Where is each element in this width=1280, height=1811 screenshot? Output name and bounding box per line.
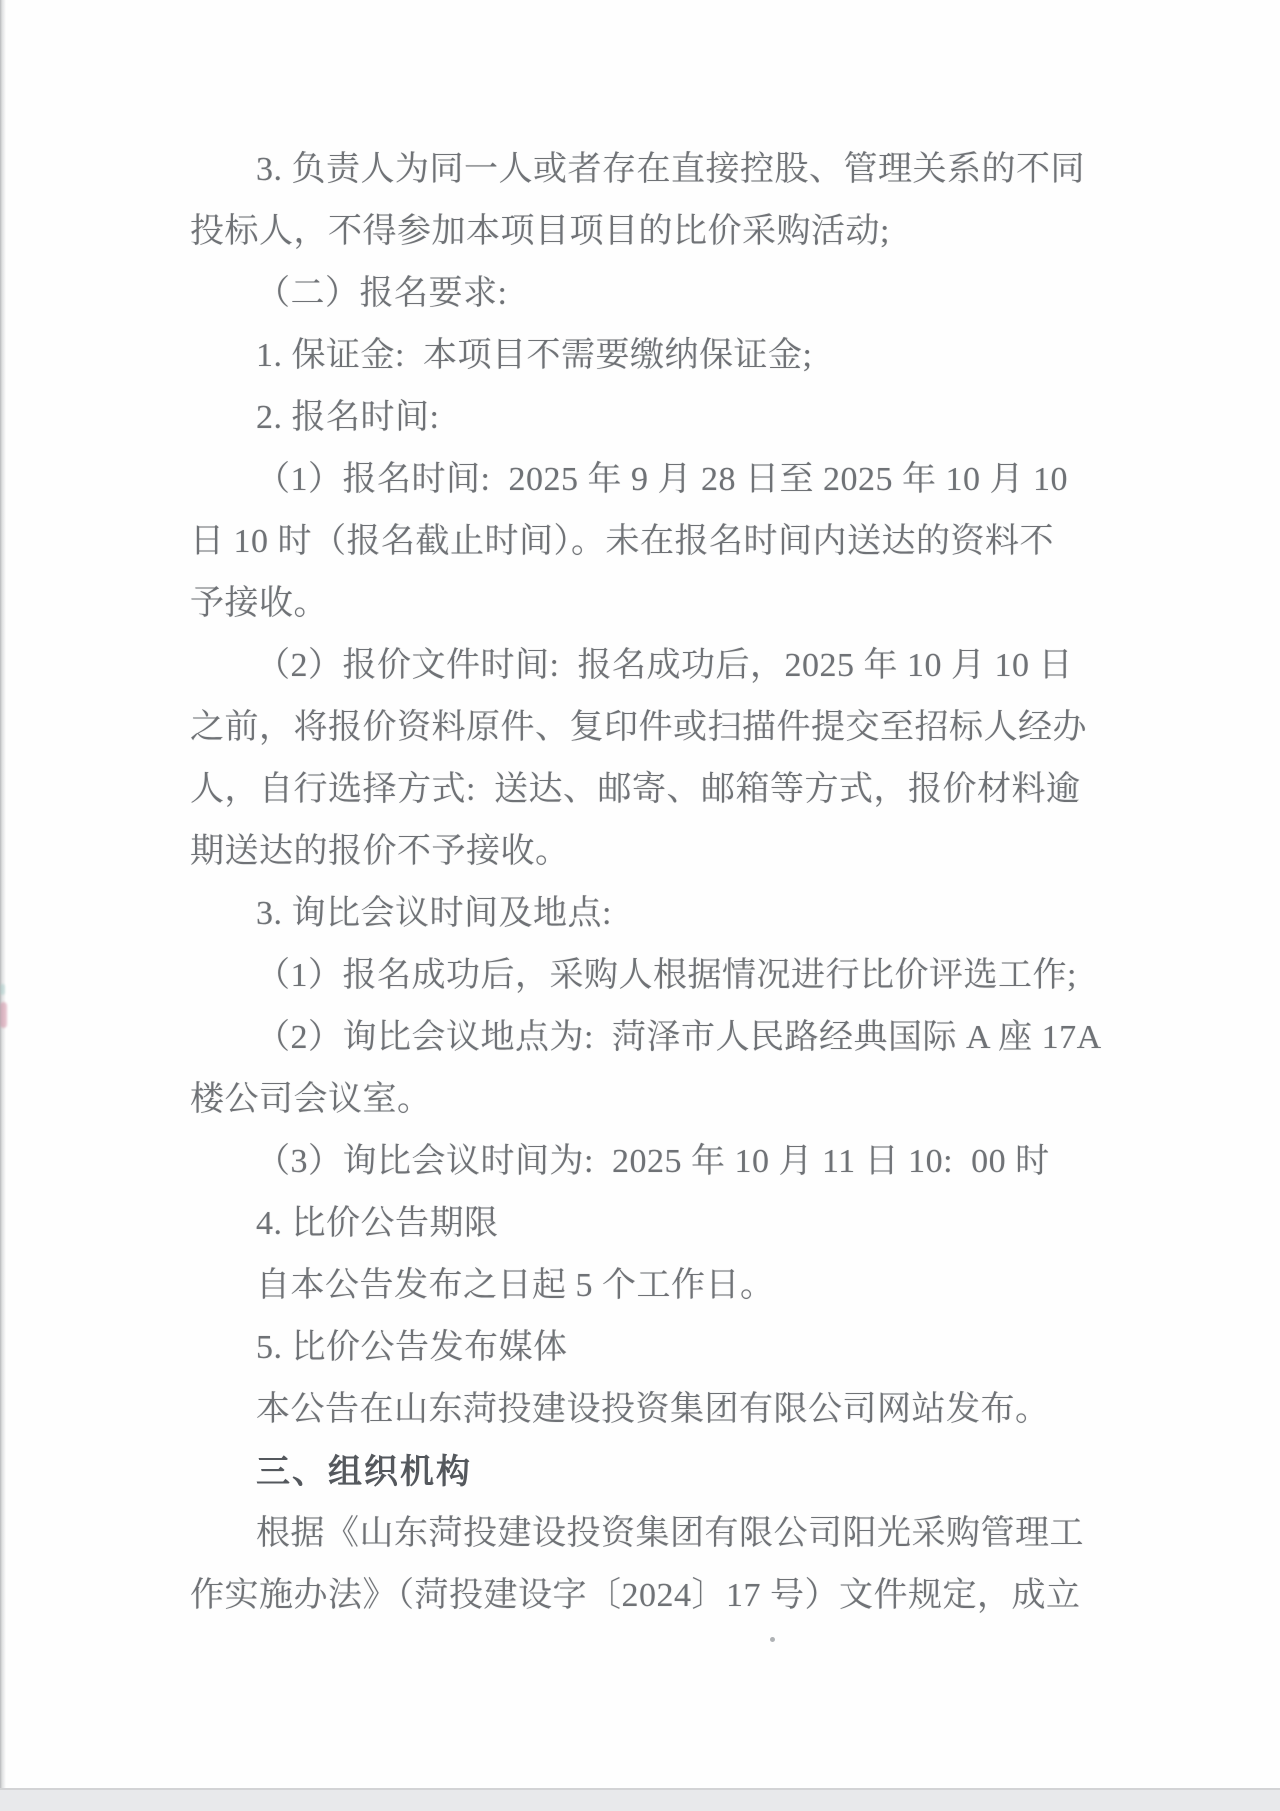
document-line: （2）报价文件时间: 报名成功后，2025 年 10 月 10 日	[190, 635, 1090, 697]
document-line: 予接收。	[190, 573, 1090, 635]
document-line: 楼公司会议室。	[190, 1069, 1090, 1131]
document-line: 自本公告发布之日起 5 个工作日。	[190, 1255, 1090, 1317]
document-line: 投标人，不得参加本项目项目的比价采购活动;	[190, 201, 1090, 263]
document-line: 3. 负责人为同一人或者存在直接控股、管理关系的不同	[190, 139, 1090, 201]
section-heading: 三、组织机构	[190, 1441, 1090, 1503]
scan-bottom-band	[0, 1788, 1280, 1811]
document-line: 作实施办法》（菏投建设字〔2024〕17 号）文件规定，成立	[190, 1565, 1090, 1627]
scanned-document-page: 3. 负责人为同一人或者存在直接控股、管理关系的不同 投标人，不得参加本项目项目…	[0, 0, 1280, 1811]
document-line: 之前，将报价资料原件、复印件或扫描件提交至招标人经办	[190, 697, 1090, 759]
document-line: （1）报名时间: 2025 年 9 月 28 日至 2025 年 10 月 10	[190, 449, 1090, 511]
document-line: （3）询比会议时间为: 2025 年 10 月 11 日 10: 00 时	[190, 1131, 1090, 1193]
document-body: 3. 负责人为同一人或者存在直接控股、管理关系的不同 投标人，不得参加本项目项目…	[190, 139, 1090, 1627]
document-line: 5. 比价公告发布媒体	[190, 1317, 1090, 1379]
document-line: 3. 询比会议时间及地点:	[190, 883, 1090, 945]
document-line: 日 10 时（报名截止时间）。未在报名时间内送达的资料不	[190, 511, 1090, 573]
document-line: 本公告在山东菏投建设投资集团有限公司网站发布。	[190, 1379, 1090, 1441]
document-line: 1. 保证金: 本项目不需要缴纳保证金;	[190, 325, 1090, 387]
document-line: 根据《山东菏投建设投资集团有限公司阳光采购管理工	[190, 1503, 1090, 1565]
scan-speck	[0, 1002, 7, 1028]
document-line: （2）询比会议地点为: 菏泽市人民路经典国际 A 座 17A	[190, 1007, 1090, 1069]
document-line: 期送达的报价不予接收。	[190, 821, 1090, 883]
document-line: （二）报名要求:	[190, 263, 1090, 325]
document-line: 2. 报名时间:	[190, 387, 1090, 449]
document-line: （1）报名成功后，采购人根据情况进行比价评选工作;	[190, 945, 1090, 1007]
scan-speck	[0, 984, 5, 995]
scan-dot-artifact	[770, 1637, 775, 1642]
document-line: 人，自行选择方式: 送达、邮寄、邮箱等方式，报价材料逾	[190, 759, 1090, 821]
scan-left-edge	[0, 0, 6, 1790]
document-line: 4. 比价公告期限	[190, 1193, 1090, 1255]
